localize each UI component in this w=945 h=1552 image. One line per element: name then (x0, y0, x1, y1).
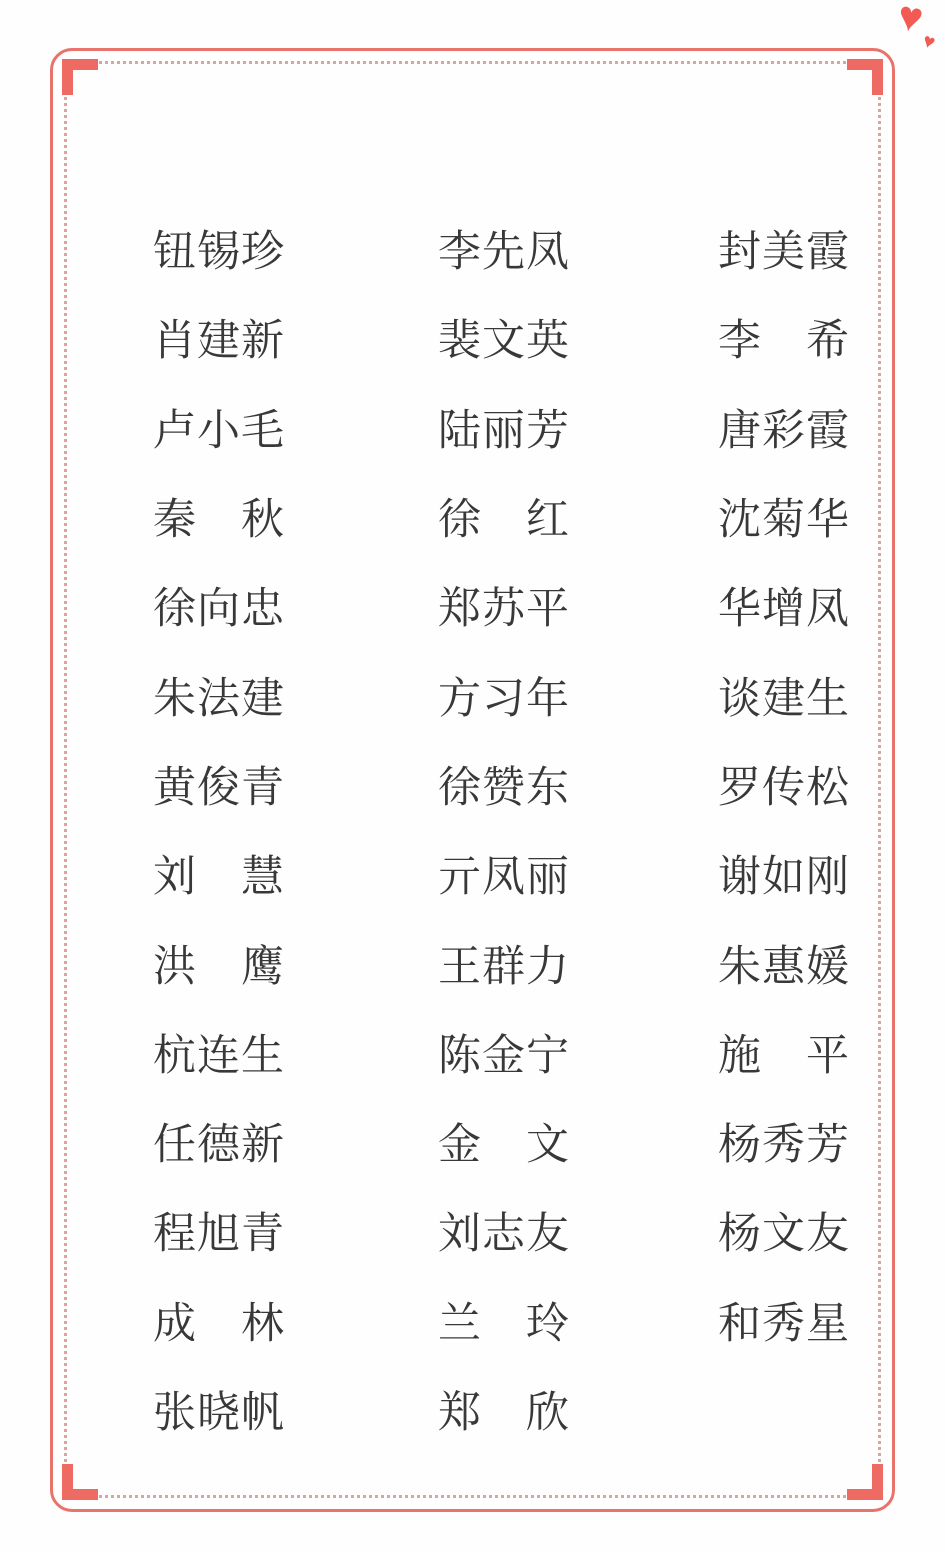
name-row: 任德新 金 文 杨秀芳 (153, 1097, 893, 1186)
name: 徐赞东 (438, 754, 718, 815)
name: 卢小毛 (153, 397, 438, 458)
name: 杭连生 (153, 1022, 438, 1083)
name: 和秀星 (718, 1290, 893, 1351)
name: 徐 红 (438, 486, 718, 547)
name: 陆丽芳 (438, 397, 718, 458)
name: 罗传松 (718, 754, 893, 815)
name-row: 刘 慧 亓凤丽 谢如刚 (153, 829, 893, 918)
name: 朱法建 (153, 665, 438, 726)
name-row: 肖建新 裴文英 李 希 (153, 293, 893, 382)
name: 李 希 (718, 307, 893, 368)
name: 金 文 (438, 1111, 718, 1172)
name-row: 成 林 兰 玲 和秀星 (153, 1276, 893, 1365)
name: 谈建生 (718, 665, 893, 726)
name: 杨文友 (718, 1200, 893, 1261)
name: 方习年 (438, 665, 718, 726)
name-row: 杭连生 陈金宁 施 平 (153, 1008, 893, 1097)
name: 谢如刚 (718, 843, 893, 904)
name-row: 徐向忠 郑苏平 华增凤 (153, 561, 893, 650)
big-heart-icon: ♥ (895, 0, 927, 40)
name: 王群力 (438, 933, 718, 994)
name: 施 平 (718, 1022, 893, 1083)
name: 唐彩霞 (718, 397, 893, 458)
name: 刘志友 (438, 1200, 718, 1261)
name-row: 洪 鹰 王群力 朱惠媛 (153, 918, 893, 1007)
name: 程旭青 (153, 1200, 438, 1261)
name: 杨秀芳 (718, 1111, 893, 1172)
name-list: 钮锡珍 李先凤 封美霞 肖建新 裴文英 李 希 卢小毛 陆丽芳 唐彩霞 秦 秋 … (153, 204, 893, 1454)
name: 郑苏平 (438, 575, 718, 636)
name: 华增凤 (718, 575, 893, 636)
name: 成 林 (153, 1290, 438, 1351)
corner-mark-bottom-right (847, 1464, 883, 1500)
name: 肖建新 (153, 307, 438, 368)
name: 封美霞 (718, 218, 893, 279)
name-row: 钮锡珍 李先凤 封美霞 (153, 204, 893, 293)
name: 李先凤 (438, 218, 718, 279)
name: 刘 慧 (153, 843, 438, 904)
name: 秦 秋 (153, 486, 438, 547)
name-row: 张晓帆 郑 欣 (153, 1365, 893, 1454)
name: 亓凤丽 (438, 843, 718, 904)
name: 兰 玲 (438, 1290, 718, 1351)
page: { "frame": { "outer_border_color": "#e87… (0, 0, 945, 1552)
name: 郑 欣 (438, 1379, 718, 1440)
name-row: 黄俊青 徐赞东 罗传松 (153, 740, 893, 829)
name: 任德新 (153, 1111, 438, 1172)
corner-mark-top-left (62, 59, 98, 95)
name: 朱惠媛 (718, 933, 893, 994)
name: 钮锡珍 (153, 218, 438, 279)
name-row: 程旭青 刘志友 杨文友 (153, 1186, 893, 1275)
name-row: 朱法建 方习年 谈建生 (153, 650, 893, 739)
corner-mark-top-right (847, 59, 883, 95)
name: 张晓帆 (153, 1379, 438, 1440)
name: 徐向忠 (153, 575, 438, 636)
name-row: 秦 秋 徐 红 沈菊华 (153, 472, 893, 561)
small-heart-icon: ♥ (920, 31, 937, 54)
name: 洪 鹰 (153, 933, 438, 994)
name-row: 卢小毛 陆丽芳 唐彩霞 (153, 383, 893, 472)
name: 沈菊华 (718, 486, 893, 547)
decorative-frame: 钮锡珍 李先凤 封美霞 肖建新 裴文英 李 希 卢小毛 陆丽芳 唐彩霞 秦 秋 … (50, 48, 895, 1512)
name: 裴文英 (438, 307, 718, 368)
name: 黄俊青 (153, 754, 438, 815)
name: 陈金宁 (438, 1022, 718, 1083)
corner-mark-bottom-left (62, 1464, 98, 1500)
